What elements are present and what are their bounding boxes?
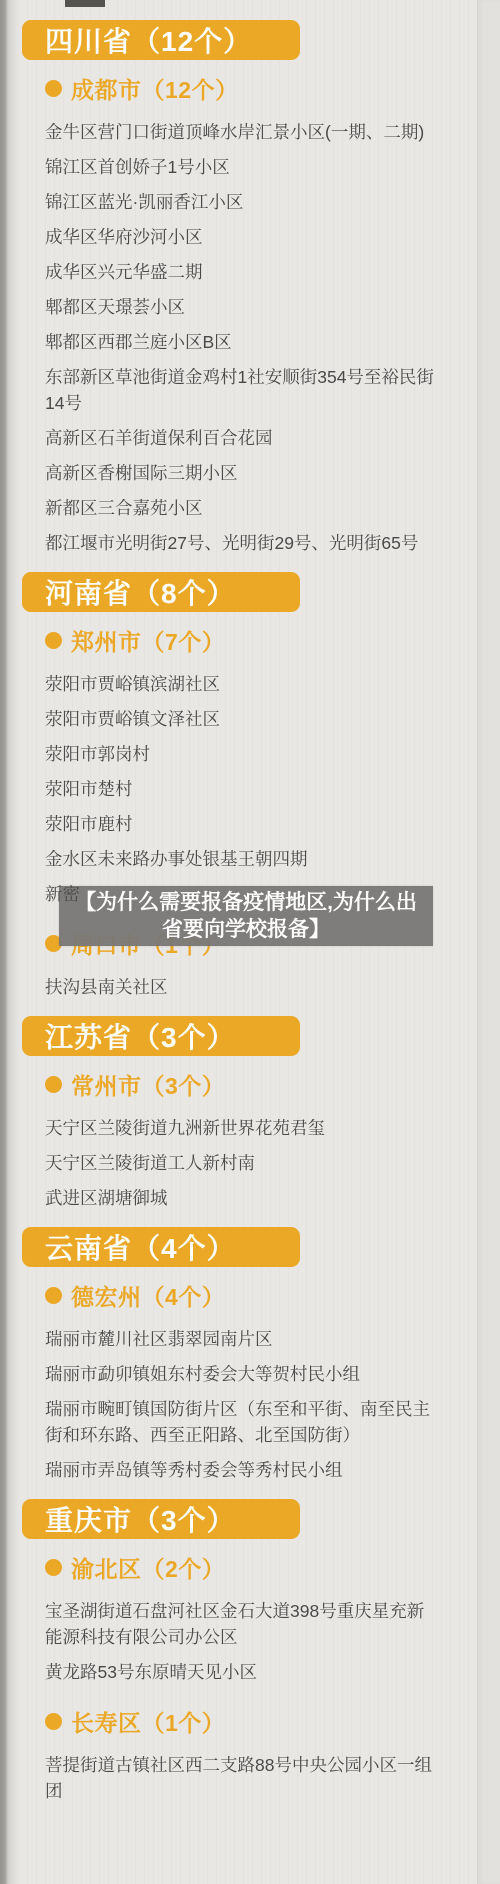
area-item-text: 荥阳市贾峪镇滨湖社区	[45, 674, 220, 694]
area-item: 高新区石羊街道保利百合花园	[0, 425, 500, 451]
city-header: 德宏州（4个）	[45, 1279, 500, 1312]
city-group: 长寿区（1个）菩提街道古镇社区西二支路88号中央公园小区一组团	[0, 1705, 500, 1804]
area-item: 锦江区蓝光·凯丽香江小区	[0, 189, 500, 215]
province-section: 云南省（4个）德宏州（4个）瑞丽市麓川社区翡翠园南片区瑞丽市勐卯镇姐东村委会大等…	[0, 1227, 500, 1483]
city-name: 郑州市（7个）	[71, 624, 225, 657]
area-item: 菩提街道古镇社区西二支路88号中央公园小区一组团	[0, 1752, 500, 1804]
province-section: 河南省（8个）郑州市（7个）荥阳市贾峪镇滨湖社区荥阳市贾峪镇文泽社区荥阳市郭岗村…	[0, 572, 500, 1000]
city-name: 渝北区（2个）	[71, 1551, 225, 1584]
city-name: 常州市（3个）	[71, 1068, 225, 1101]
bullet-icon	[45, 1287, 62, 1304]
area-item: 荥阳市贾峪镇文泽社区	[0, 706, 500, 732]
overlay-line-2: 省要向学校报备】	[162, 916, 330, 943]
city-group: 德宏州（4个）瑞丽市麓川社区翡翠园南片区瑞丽市勐卯镇姐东村委会大等贺村民小组瑞丽…	[0, 1279, 500, 1483]
area-item-text: 锦江区首创娇子1号小区	[45, 157, 230, 177]
bullet-icon	[45, 80, 62, 97]
city-header: 渝北区（2个）	[45, 1551, 500, 1584]
area-item-text: 宝圣湖街道石盘河社区金石大道398号重庆星充新能源科技有限公司办公区	[45, 1601, 424, 1647]
area-item-text: 武进区湖塘御城	[45, 1188, 168, 1208]
area-item: 荥阳市郭岗村	[0, 741, 500, 767]
area-item: 新密【为什么需要报备疫情地区,为什么出省要向学校报备】	[0, 881, 500, 907]
bullet-icon	[45, 1713, 62, 1730]
area-item: 瑞丽市勐卯镇姐东村委会大等贺村民小组	[0, 1361, 500, 1387]
area-item: 金牛区营门口街道顶峰水岸汇景小区(一期、二期)	[0, 119, 500, 145]
area-item-text: 新密	[45, 884, 80, 904]
area-item-text: 郫都区西郡兰庭小区B区	[45, 332, 232, 352]
city-group: 常州市（3个）天宁区兰陵街道九洲新世界花苑君玺天宁区兰陵街道工人新村南武进区湖塘…	[0, 1068, 500, 1211]
city-name: 长寿区（1个）	[71, 1705, 225, 1738]
area-item-text: 成华区兴元华盛二期	[45, 262, 203, 282]
area-item: 天宁区兰陵街道九洲新世界花苑君玺	[0, 1115, 500, 1141]
area-item-text: 菩提街道古镇社区西二支路88号中央公园小区一组团	[45, 1755, 432, 1801]
area-item: 黄龙路53号东原晴天见小区	[0, 1659, 500, 1685]
area-item-text: 荥阳市贾峪镇文泽社区	[45, 709, 220, 729]
area-item: 瑞丽市畹町镇国防街片区（东至和平街、南至民主街和环东路、西至正阳路、北至国防街）	[0, 1396, 500, 1448]
area-item: 成华区华府沙河小区	[0, 224, 500, 250]
area-item-text: 郫都区天璟荟小区	[45, 297, 185, 317]
city-name: 成都市（12个）	[71, 72, 239, 105]
city-header: 郑州市（7个）	[45, 624, 500, 657]
area-item-text: 都江堰市光明街27号、光明街29号、光明街65号	[45, 533, 418, 553]
city-group: 成都市（12个）金牛区营门口街道顶峰水岸汇景小区(一期、二期)锦江区首创娇子1号…	[0, 72, 500, 556]
province-banner: 河南省（8个）	[22, 572, 300, 612]
area-item: 荥阳市贾峪镇滨湖社区	[0, 671, 500, 697]
area-item-text: 天宁区兰陵街道工人新村南	[45, 1153, 255, 1173]
bullet-icon	[45, 1076, 62, 1093]
area-item-text: 天宁区兰陵街道九洲新世界花苑君玺	[45, 1118, 325, 1138]
caption-overlay: 【为什么需要报备疫情地区,为什么出省要向学校报备】	[59, 886, 433, 946]
area-item: 锦江区首创娇子1号小区	[0, 154, 500, 180]
area-item-text: 荥阳市楚村	[45, 779, 133, 799]
area-item: 金水区未来路办事处银基王朝四期	[0, 846, 500, 872]
area-item: 荥阳市鹿村	[0, 811, 500, 837]
area-item-text: 新都区三合嘉苑小区	[45, 498, 203, 518]
city-header: 成都市（12个）	[45, 72, 500, 105]
area-item: 郫都区天璟荟小区	[0, 294, 500, 320]
area-item-text: 荥阳市郭岗村	[45, 744, 150, 764]
province-banner: 四川省（12个）	[22, 20, 300, 60]
area-item-text: 黄龙路53号东原晴天见小区	[45, 1662, 257, 1682]
province-banner: 江苏省（3个）	[22, 1016, 300, 1056]
city-header: 长寿区（1个）	[45, 1705, 500, 1738]
area-item: 瑞丽市弄岛镇等秀村委会等秀村民小组	[0, 1457, 500, 1483]
area-item: 成华区兴元华盛二期	[0, 259, 500, 285]
area-item-text: 扶沟县南关社区	[45, 977, 168, 997]
area-item: 扶沟县南关社区	[0, 974, 500, 1000]
page-root: { "colors": { "accent_yellow": "#eba827"…	[0, 0, 500, 1884]
area-item: 东部新区草池街道金鸡村1社安顺街354号至裕民街14号	[0, 364, 500, 416]
city-group: 郑州市（7个）荥阳市贾峪镇滨湖社区荥阳市贾峪镇文泽社区荥阳市郭岗村荥阳市楚村荥阳…	[0, 624, 500, 907]
area-item: 都江堰市光明街27号、光明街29号、光明街65号	[0, 530, 500, 556]
city-name: 德宏州（4个）	[71, 1279, 225, 1312]
area-item: 荥阳市楚村	[0, 776, 500, 802]
area-item-text: 瑞丽市勐卯镇姐东村委会大等贺村民小组	[45, 1364, 360, 1384]
bullet-icon	[45, 1559, 62, 1576]
area-item: 瑞丽市麓川社区翡翠园南片区	[0, 1326, 500, 1352]
area-item: 宝圣湖街道石盘河社区金石大道398号重庆星充新能源科技有限公司办公区	[0, 1598, 500, 1650]
area-item: 高新区香榭国际三期小区	[0, 460, 500, 486]
province-banner: 重庆市（3个）	[22, 1499, 300, 1539]
area-item-text: 瑞丽市弄岛镇等秀村委会等秀村民小组	[45, 1460, 343, 1480]
area-item: 郫都区西郡兰庭小区B区	[0, 329, 500, 355]
area-item: 武进区湖塘御城	[0, 1185, 500, 1211]
risk-area-list: 四川省（12个）成都市（12个）金牛区营门口街道顶峰水岸汇景小区(一期、二期)锦…	[0, 0, 500, 1804]
bullet-icon	[45, 632, 62, 649]
city-header: 常州市（3个）	[45, 1068, 500, 1101]
area-item: 新都区三合嘉苑小区	[0, 495, 500, 521]
area-item-text: 瑞丽市麓川社区翡翠园南片区	[45, 1329, 273, 1349]
overlay-line-1: 【为什么需要报备疫情地区,为什么出	[75, 889, 417, 916]
area-item-text: 金水区未来路办事处银基王朝四期	[45, 849, 308, 869]
province-section: 四川省（12个）成都市（12个）金牛区营门口街道顶峰水岸汇景小区(一期、二期)锦…	[0, 20, 500, 556]
area-item-text: 瑞丽市畹町镇国防街片区（东至和平街、南至民主街和环东路、西至正阳路、北至国防街）	[45, 1399, 430, 1445]
province-banner: 云南省（4个）	[22, 1227, 300, 1267]
area-item: 天宁区兰陵街道工人新村南	[0, 1150, 500, 1176]
province-section: 重庆市（3个）渝北区（2个）宝圣湖街道石盘河社区金石大道398号重庆星充新能源科…	[0, 1499, 500, 1804]
area-item-text: 荥阳市鹿村	[45, 814, 133, 834]
area-item-text: 金牛区营门口街道顶峰水岸汇景小区(一期、二期)	[45, 122, 424, 142]
area-item-text: 锦江区蓝光·凯丽香江小区	[45, 192, 243, 212]
city-group: 渝北区（2个）宝圣湖街道石盘河社区金石大道398号重庆星充新能源科技有限公司办公…	[0, 1551, 500, 1685]
area-item-text: 高新区香榭国际三期小区	[45, 463, 238, 483]
area-item-text: 成华区华府沙河小区	[45, 227, 203, 247]
area-item-text: 东部新区草池街道金鸡村1社安顺街354号至裕民街14号	[45, 367, 434, 413]
province-section: 江苏省（3个）常州市（3个）天宁区兰陵街道九洲新世界花苑君玺天宁区兰陵街道工人新…	[0, 1016, 500, 1211]
area-item-text: 高新区石羊街道保利百合花园	[45, 428, 273, 448]
